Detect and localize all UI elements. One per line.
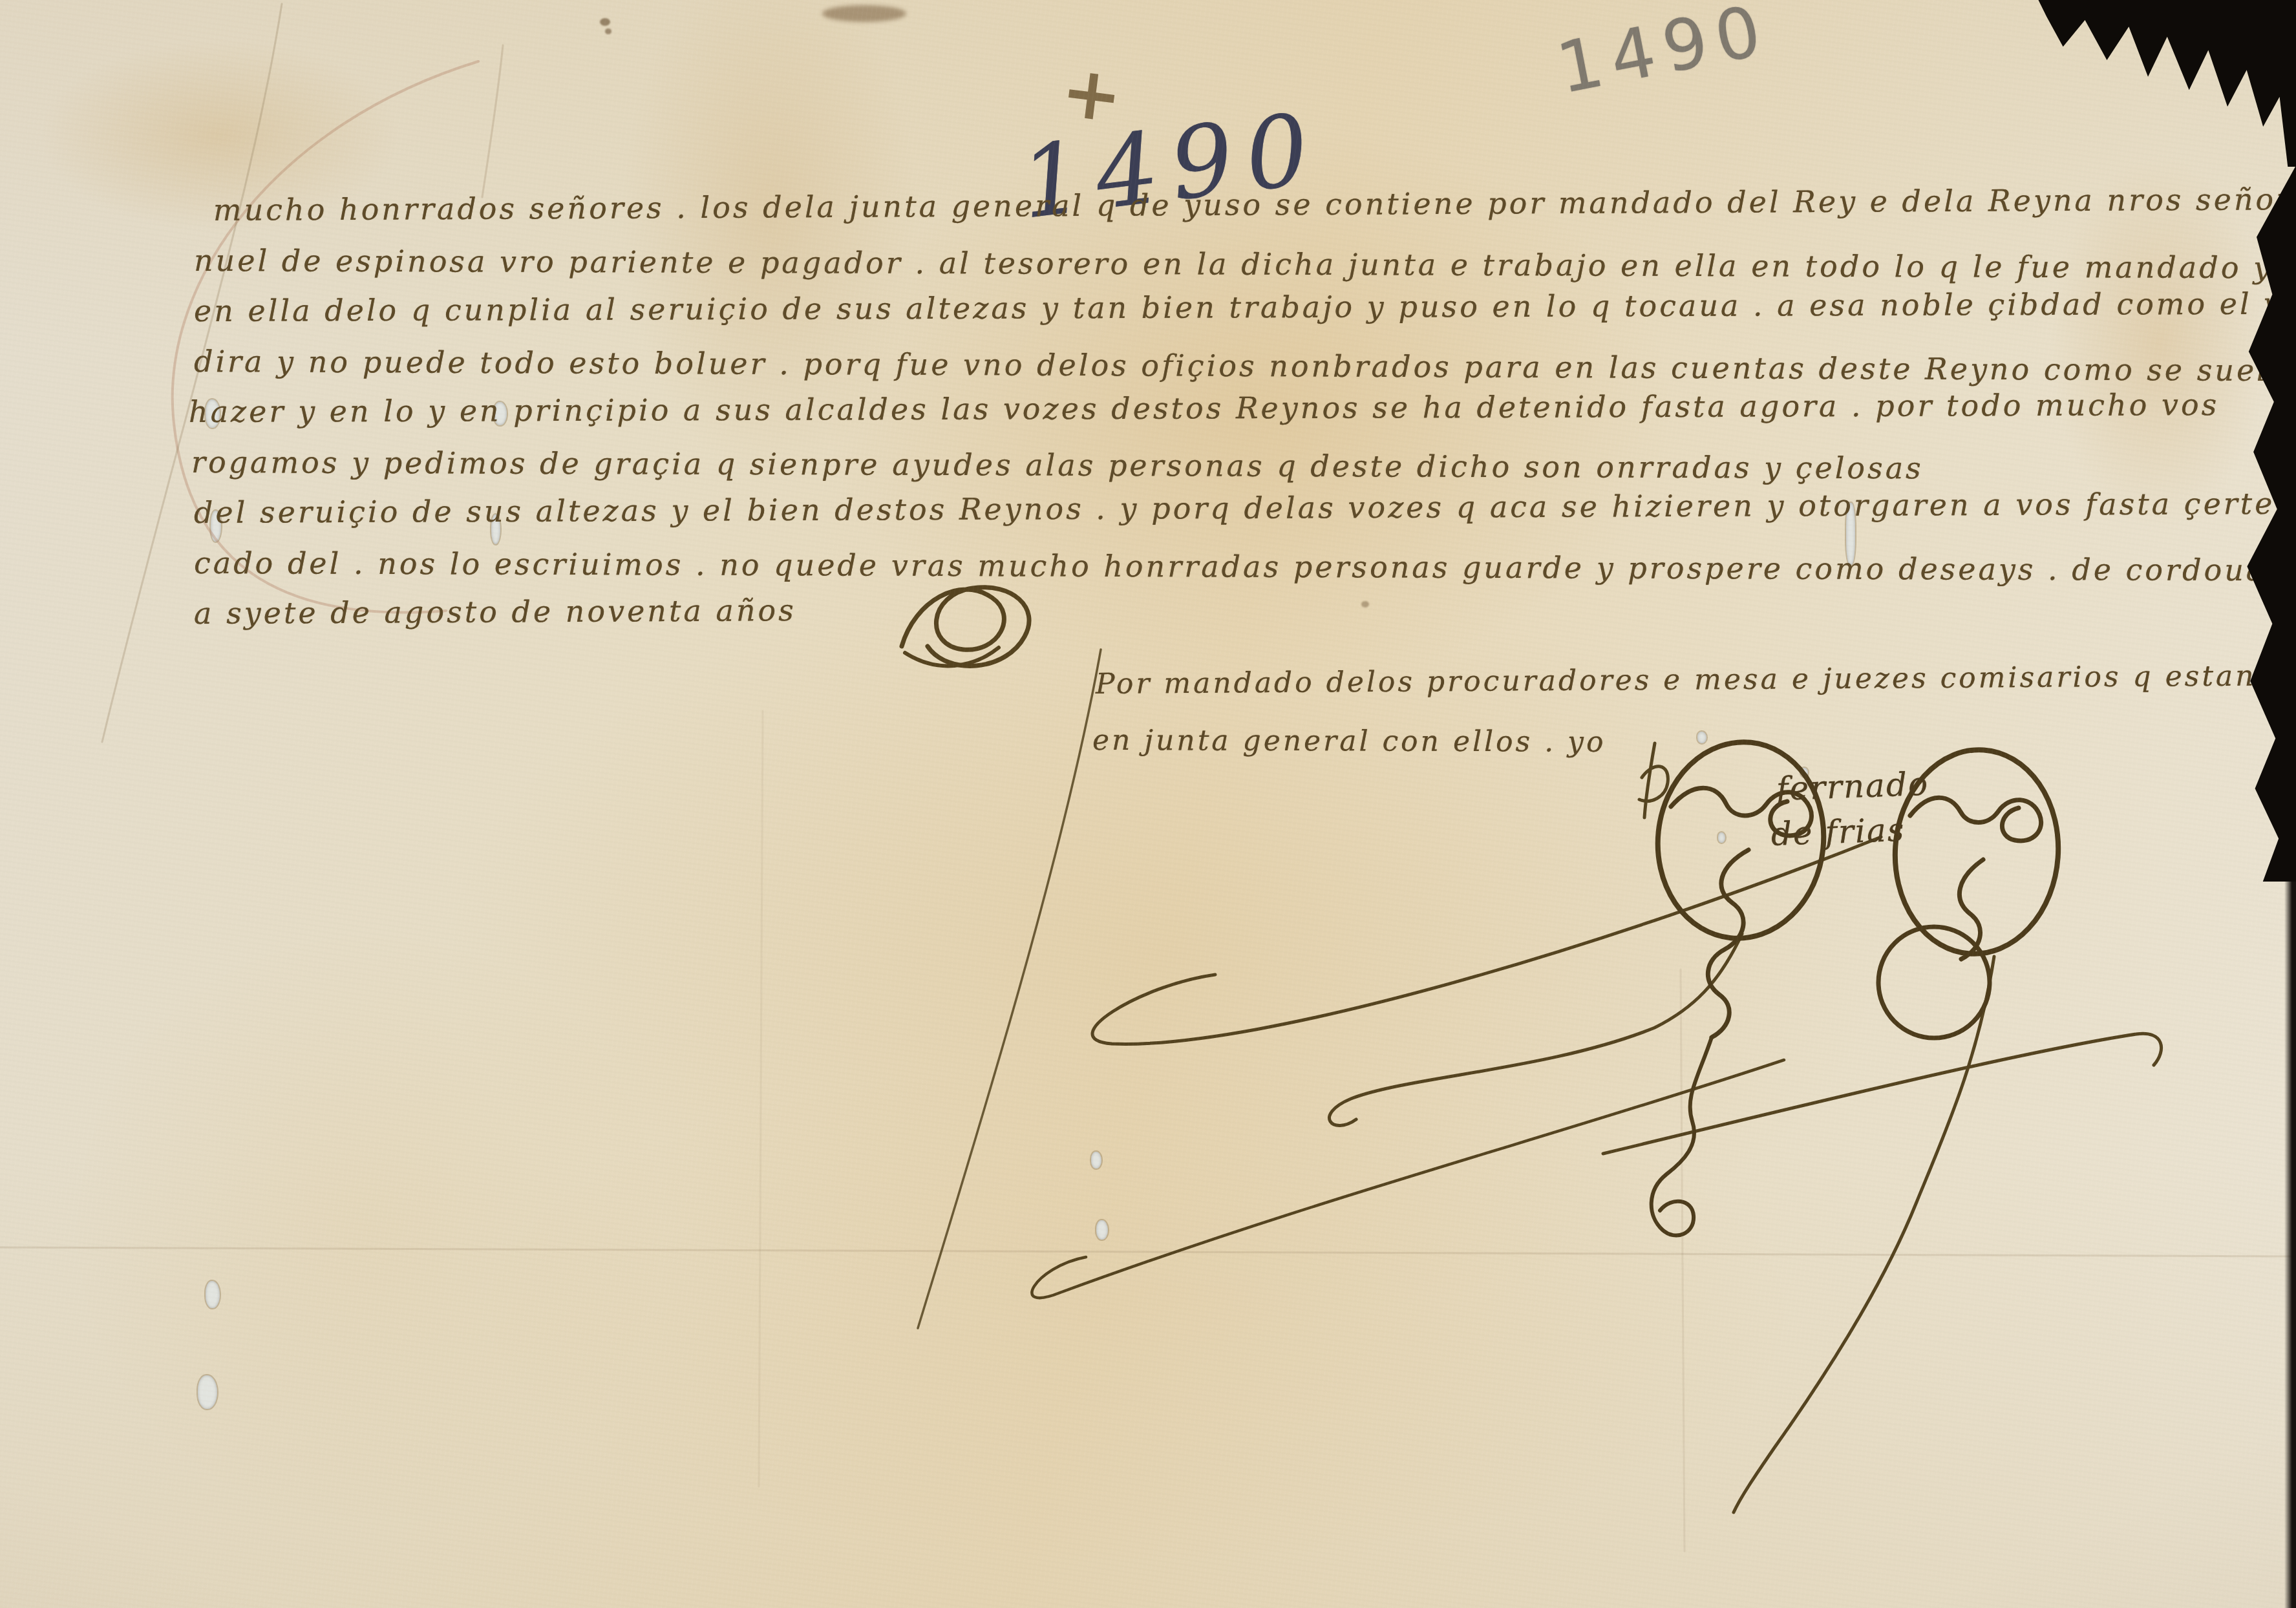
stain-bottom-band [491, 1066, 1784, 1558]
manuscript-line: dira y no puede todo esto boluer . porq … [194, 345, 2289, 387]
scan-backdrop: + 1490 1490 mucho honrrados señores . lo… [0, 0, 2296, 1608]
ink-smudge [822, 5, 906, 22]
date-line-rubric [902, 587, 1029, 666]
worm-hole [1091, 1152, 1101, 1169]
manuscript-line: hazer y en lo y en prinçipio a sus alcal… [189, 388, 2219, 428]
worm-hole [206, 1281, 220, 1308]
stain-bottom-left-warm [78, 937, 659, 1519]
manuscript-line: cado del . nos lo escriuimos . no quede … [194, 547, 2291, 587]
signature-flourish-lines [918, 650, 2162, 1512]
ink-speck [600, 18, 610, 26]
deckle-edge-right [2284, 882, 2296, 1608]
ink-speck [1361, 601, 1369, 608]
manuscript-line: rogamos y pedimos de graçia q sienpre ay… [191, 446, 1924, 485]
manuscript-line: a syete de agosto de noventa años [194, 594, 796, 629]
year-annotation-pencil: 1490 [1551, 0, 1776, 109]
flourish-and-crease-layer [0, 0, 2296, 1608]
manuscript-paper: + 1490 1490 mucho honrrados señores . lo… [0, 0, 2296, 1608]
manuscript-line: del seruiçio de sus altezas y el bien de… [194, 487, 2296, 529]
signature-rubric-left [1648, 734, 1833, 1235]
manuscript-line: nuel de espinosa vro pariente e pagador … [194, 244, 2296, 285]
closing-line: Por mandado delos procuradores e mesa e … [1096, 661, 2257, 700]
ink-speck [605, 28, 611, 34]
worm-hole [1718, 832, 1725, 843]
manuscript-line: en ella delo q cunplia al seruiçio de su… [194, 288, 2296, 328]
closing-line: en junta general con ellos . yo [1092, 725, 1606, 758]
signature-name-line: de frias [1770, 811, 1906, 853]
crease-marks [0, 4, 2296, 1551]
signature-name-line: ferrnado [1776, 765, 1929, 808]
worm-hole [1096, 1220, 1108, 1240]
worm-hole [198, 1375, 217, 1409]
manuscript-line: mucho honrrados señores . los dela junta… [213, 182, 2296, 227]
worm-hole [1697, 732, 1706, 743]
paper-grain-texture [0, 0, 2296, 1608]
